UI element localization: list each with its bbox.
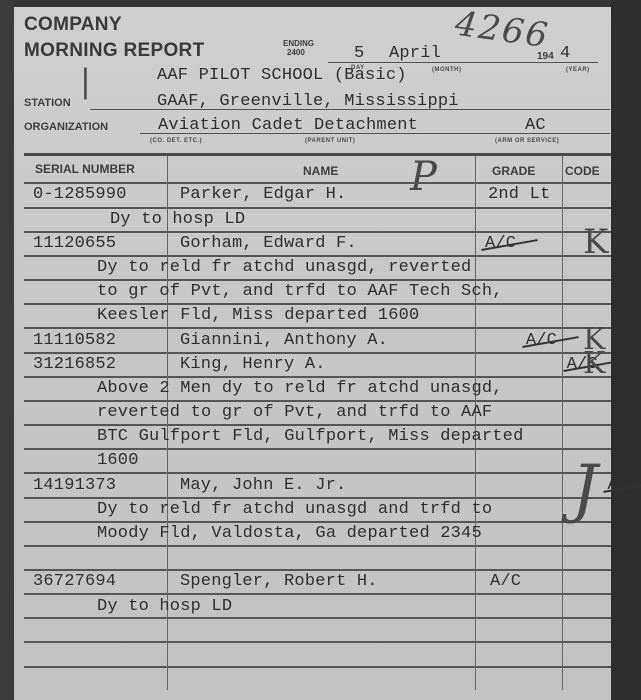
table-top-border: [24, 153, 611, 156]
handwritten-p-mark: P: [410, 154, 437, 200]
rule-line: [24, 352, 611, 354]
ending-time: 2400: [283, 48, 314, 57]
rule-line: [24, 569, 611, 571]
scan-border-top: [0, 0, 641, 7]
entry-code-handwritten: K: [583, 346, 605, 381]
entry-grade-struck: A/C: [607, 476, 638, 495]
rule-line: [24, 472, 611, 474]
entry-remark: Dy to reld fr atchd unasgd and trfd to: [97, 500, 492, 519]
rule-line: [24, 666, 611, 668]
org-caption: (CO. DET. ETC.): [150, 138, 202, 144]
rule-line: [24, 231, 611, 233]
entry-grade-struck: A/C: [526, 331, 557, 350]
entry-name: May, John E. Jr.: [180, 476, 346, 495]
entry-serial: 11110582: [33, 331, 116, 350]
rule-line: [24, 400, 611, 402]
column-divider-name-grade: [475, 156, 476, 690]
year-caption: (YEAR): [566, 67, 590, 73]
entry-grade: A/C: [490, 572, 521, 591]
rule-line: [24, 521, 611, 523]
entry-serial: 0-1285990: [33, 185, 127, 204]
organization-label: ORGANIZATION: [24, 121, 108, 133]
entry-name: King, Henry A.: [180, 355, 326, 374]
station-line-1: AAF PILOT SCHOOL (Basic): [157, 66, 407, 85]
parent-caption: (PARENT UNIT): [305, 138, 355, 144]
entry-remark: Dy to hosp LD: [110, 210, 245, 229]
rule-line: [24, 327, 611, 329]
rule-line: [24, 376, 611, 378]
report-day: 5: [354, 44, 364, 63]
station-label: STATION: [24, 97, 71, 109]
scan-border-right: [611, 0, 641, 700]
scan-border-left: [0, 0, 14, 700]
report-month: April: [389, 44, 441, 63]
entry-remark: Dy to hosp LD: [97, 597, 232, 616]
form-title-morning-report: MORNING REPORT: [24, 40, 204, 62]
ending-label: ENDING 2400: [283, 39, 314, 57]
rule-line: [24, 279, 611, 281]
entry-remark: to gr of Pvt, and trfd to AAF Tech Sch,: [97, 282, 503, 301]
organization-underline: [140, 133, 610, 134]
entry-remark: Dy to reld fr atchd unasgd, reverted: [97, 258, 471, 277]
entry-name: Gorham, Edward F.: [180, 234, 357, 253]
entry-code-handwritten: K: [583, 222, 608, 262]
entry-name: Giannini, Anthony A.: [180, 331, 388, 350]
rule-line: [24, 641, 611, 643]
entry-serial: 36727694: [33, 572, 116, 591]
entry-remark: BTC Gulfport Fld, Gulfport, Miss departe…: [97, 427, 523, 446]
entry-code-handwritten: J: [572, 452, 598, 526]
column-header-name: NAME: [303, 164, 338, 178]
entry-remark: Above 2 Men dy to reld fr atchd unasgd,: [97, 379, 503, 398]
rule-line: [24, 182, 611, 184]
entry-serial: 31216852: [33, 355, 116, 374]
station-underline: [90, 109, 610, 110]
entry-name: Parker, Edgar H.: [180, 185, 346, 204]
column-divider-grade-code: [562, 156, 563, 690]
rule-line: [24, 593, 611, 595]
month-caption: (MONTH): [432, 67, 462, 73]
entry-remark: Keesler Fld, Miss departed 1600: [97, 306, 419, 325]
entry-remark: 1600: [97, 451, 139, 470]
handwritten-tick-mark: |: [80, 62, 91, 100]
entry-serial: 11120655: [33, 234, 116, 253]
ending-label-text: ENDING: [283, 39, 314, 48]
rule-line: [24, 617, 611, 619]
entry-name: Spengler, Robert H.: [180, 572, 378, 591]
column-header-serial: SERIAL NUMBER: [35, 162, 135, 176]
rule-line: [24, 255, 611, 257]
entry-serial: 14191373: [33, 476, 116, 495]
entry-remark: reverted to gr of Pvt, and trfd to AAF: [97, 403, 492, 422]
entry-remark: Moody Fld, Valdosta, Ga departed 2345: [97, 524, 482, 543]
column-header-grade: GRADE: [492, 164, 535, 178]
year-underline: [560, 62, 598, 63]
rule-line: [24, 448, 611, 450]
rule-line: [24, 545, 611, 547]
rule-line: [24, 303, 611, 305]
rule-line: [24, 424, 611, 426]
date-underline: [328, 62, 566, 63]
rule-line: [24, 497, 611, 499]
column-header-code: CODE: [565, 164, 600, 178]
year-suffix: 4: [560, 44, 570, 63]
rule-line: [24, 207, 611, 209]
form-title-company: COMPANY: [24, 14, 122, 36]
arm-caption: (ARM OR SERVICE): [495, 138, 559, 144]
entry-grade-struck: A/C: [485, 234, 516, 253]
entry-grade: 2nd Lt: [488, 185, 550, 204]
